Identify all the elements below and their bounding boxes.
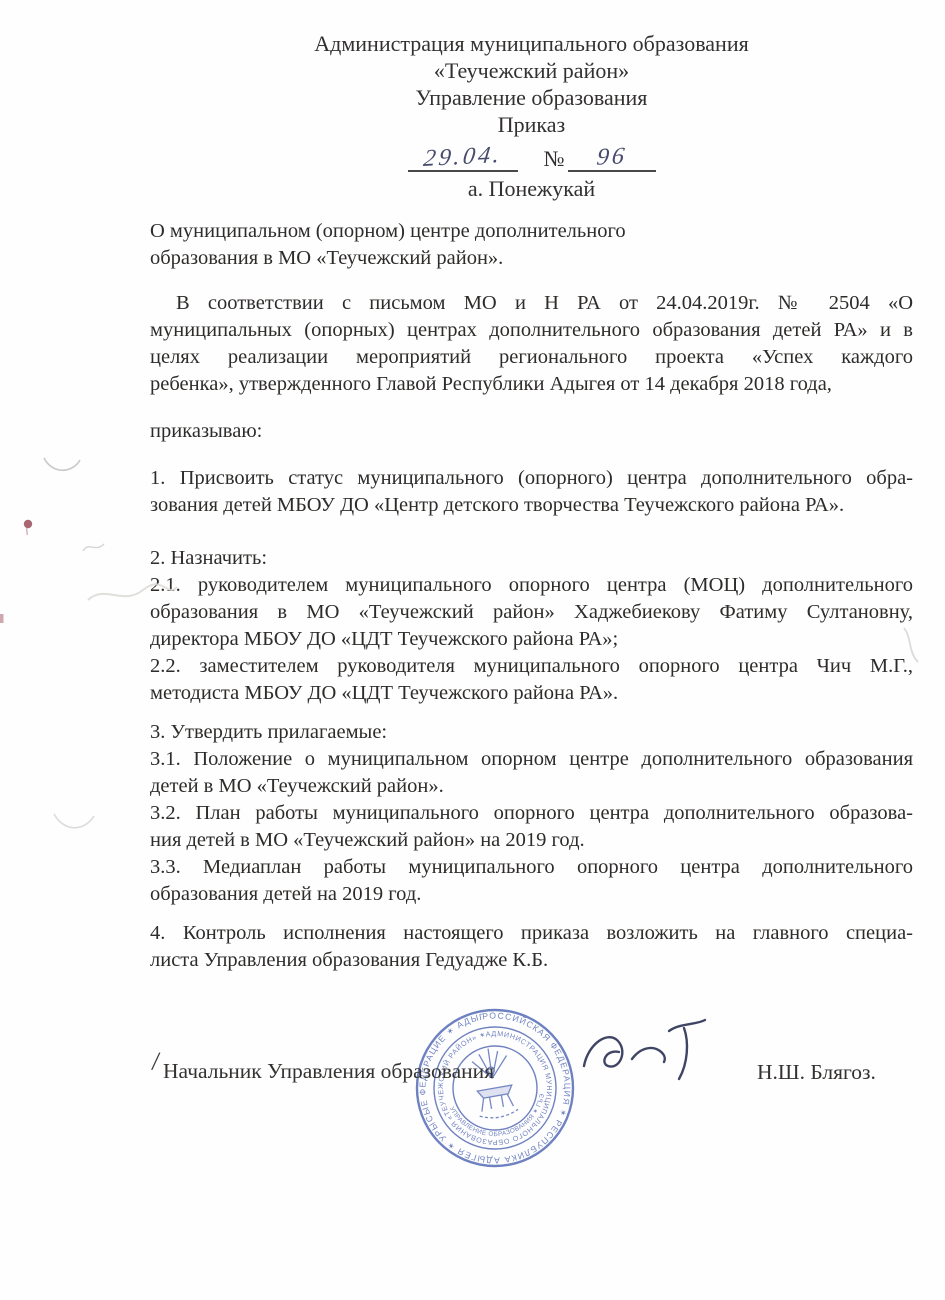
org-name-line1: Администрация муниципального образования (150, 30, 913, 57)
date-number-row: 29.04. № 96 (150, 138, 913, 172)
preamble-paragraph: В соответствии с письмом МО и Н РА от 24… (150, 290, 913, 398)
order-line: 3. Утвердить прилагаемые: (150, 719, 913, 746)
order-line: 2.2. заместителем руководителя муниципал… (150, 653, 913, 680)
decree-word: приказываю: (150, 418, 913, 445)
signatory-title: Начальник Управления образования (163, 1059, 494, 1084)
document-page: Администрация муниципального образования… (0, 0, 945, 1300)
org-name-line2: «Теучежский район» (150, 57, 913, 84)
preamble-line: ребенка», утвержденного Главой Республик… (150, 371, 913, 398)
doc-type-title: Приказ (150, 111, 913, 138)
order-line: листа Управления образования Гедуадже К.… (150, 947, 913, 974)
margin-artifact-arc-bottom (52, 806, 96, 836)
number-underline: 96 (568, 142, 656, 172)
order-line: директора МБОУ ДО «ЦДТ Теучежского район… (150, 626, 913, 653)
order-line: 3.2. План работы муниципального опорного… (150, 800, 913, 827)
edge-artifact-red-sliver (0, 612, 8, 626)
subject-block: О муниципальном (опорном) центре дополни… (150, 218, 913, 272)
date-underline: 29.04. (408, 142, 518, 172)
preamble-line: муниципальных (опорных) центрах дополнит… (150, 317, 913, 344)
order-line: 2.1. руководителем муниципального опорно… (150, 572, 913, 599)
order-item-2: 2. Назначить: 2.1. руководителем муницип… (150, 545, 913, 707)
order-line: 2. Назначить: (150, 545, 913, 572)
order-line: детей в МО «Теучежский район». (150, 773, 913, 800)
order-line: 1. Присвоить статус муниципального (опор… (150, 465, 913, 492)
preamble-line: целях реализации мероприятий регионально… (150, 344, 913, 371)
subject-line: О муниципальном (опорном) центре дополни… (150, 218, 913, 245)
preamble-line: В соответствии с письмом МО и Н РА от 24… (150, 290, 913, 317)
edge-artifact-faint-tick (898, 622, 926, 666)
number-sign: № (544, 145, 568, 172)
handwritten-date: 29.04. (421, 142, 503, 173)
order-line: методиста МБОУ ДО «ЦДТ Теучежского район… (150, 680, 913, 707)
order-line: ния детей в МО «Теучежский район» на 201… (150, 827, 913, 854)
margin-artifact-arc-top (42, 452, 82, 478)
official-seal-stamp: РОССИЙСКАЯ ФЕДЕРАЦИЯ ✶ РЕСПУБЛИКА АДЫГЕЯ… (405, 998, 585, 1178)
order-item-3: 3. Утвердить прилагаемые: 3.1. Положение… (150, 719, 913, 908)
place-line: а. Понежукай (150, 175, 913, 202)
order-item-4: 4. Контроль исполнения настоящего приказ… (150, 920, 913, 974)
document-header: Администрация муниципального образования… (150, 0, 913, 202)
order-line: образования в МО «Теучежский район» Хадж… (150, 599, 913, 626)
order-line: образования детей на 2019 год. (150, 881, 913, 908)
order-line: 3.1. Положение о муниципальном опорном ц… (150, 746, 913, 773)
order-item-1: 1. Присвоить статус муниципального (опор… (150, 465, 913, 519)
pen-signature (578, 1018, 718, 1093)
document-body: Администрация муниципального образования… (150, 0, 913, 974)
signature-slash-mark: / (150, 1046, 161, 1078)
order-line: 4. Контроль исполнения настоящего приказ… (150, 920, 913, 947)
handwritten-number: 96 (595, 143, 629, 172)
margin-artifact-pencil-tick (80, 535, 108, 559)
org-name-line3: Управление образования (150, 84, 913, 111)
margin-artifact-faint-scribble (85, 578, 181, 612)
subject-line: образования в МО «Теучежский район». (150, 245, 913, 272)
signatory-name: Н.Ш. Блягоз. (757, 1060, 876, 1085)
order-line: 3.3. Медиаплан работы муниципального опо… (150, 854, 913, 881)
margin-artifact-red-dot (20, 516, 38, 536)
signature-zone: РОССИЙСКАЯ ФЕДЕРАЦИЯ ✶ РЕСПУБЛИКА АДЫГЕЯ… (0, 974, 945, 1300)
order-line: зования детей МБОУ ДО «Центр детского тв… (150, 492, 913, 519)
